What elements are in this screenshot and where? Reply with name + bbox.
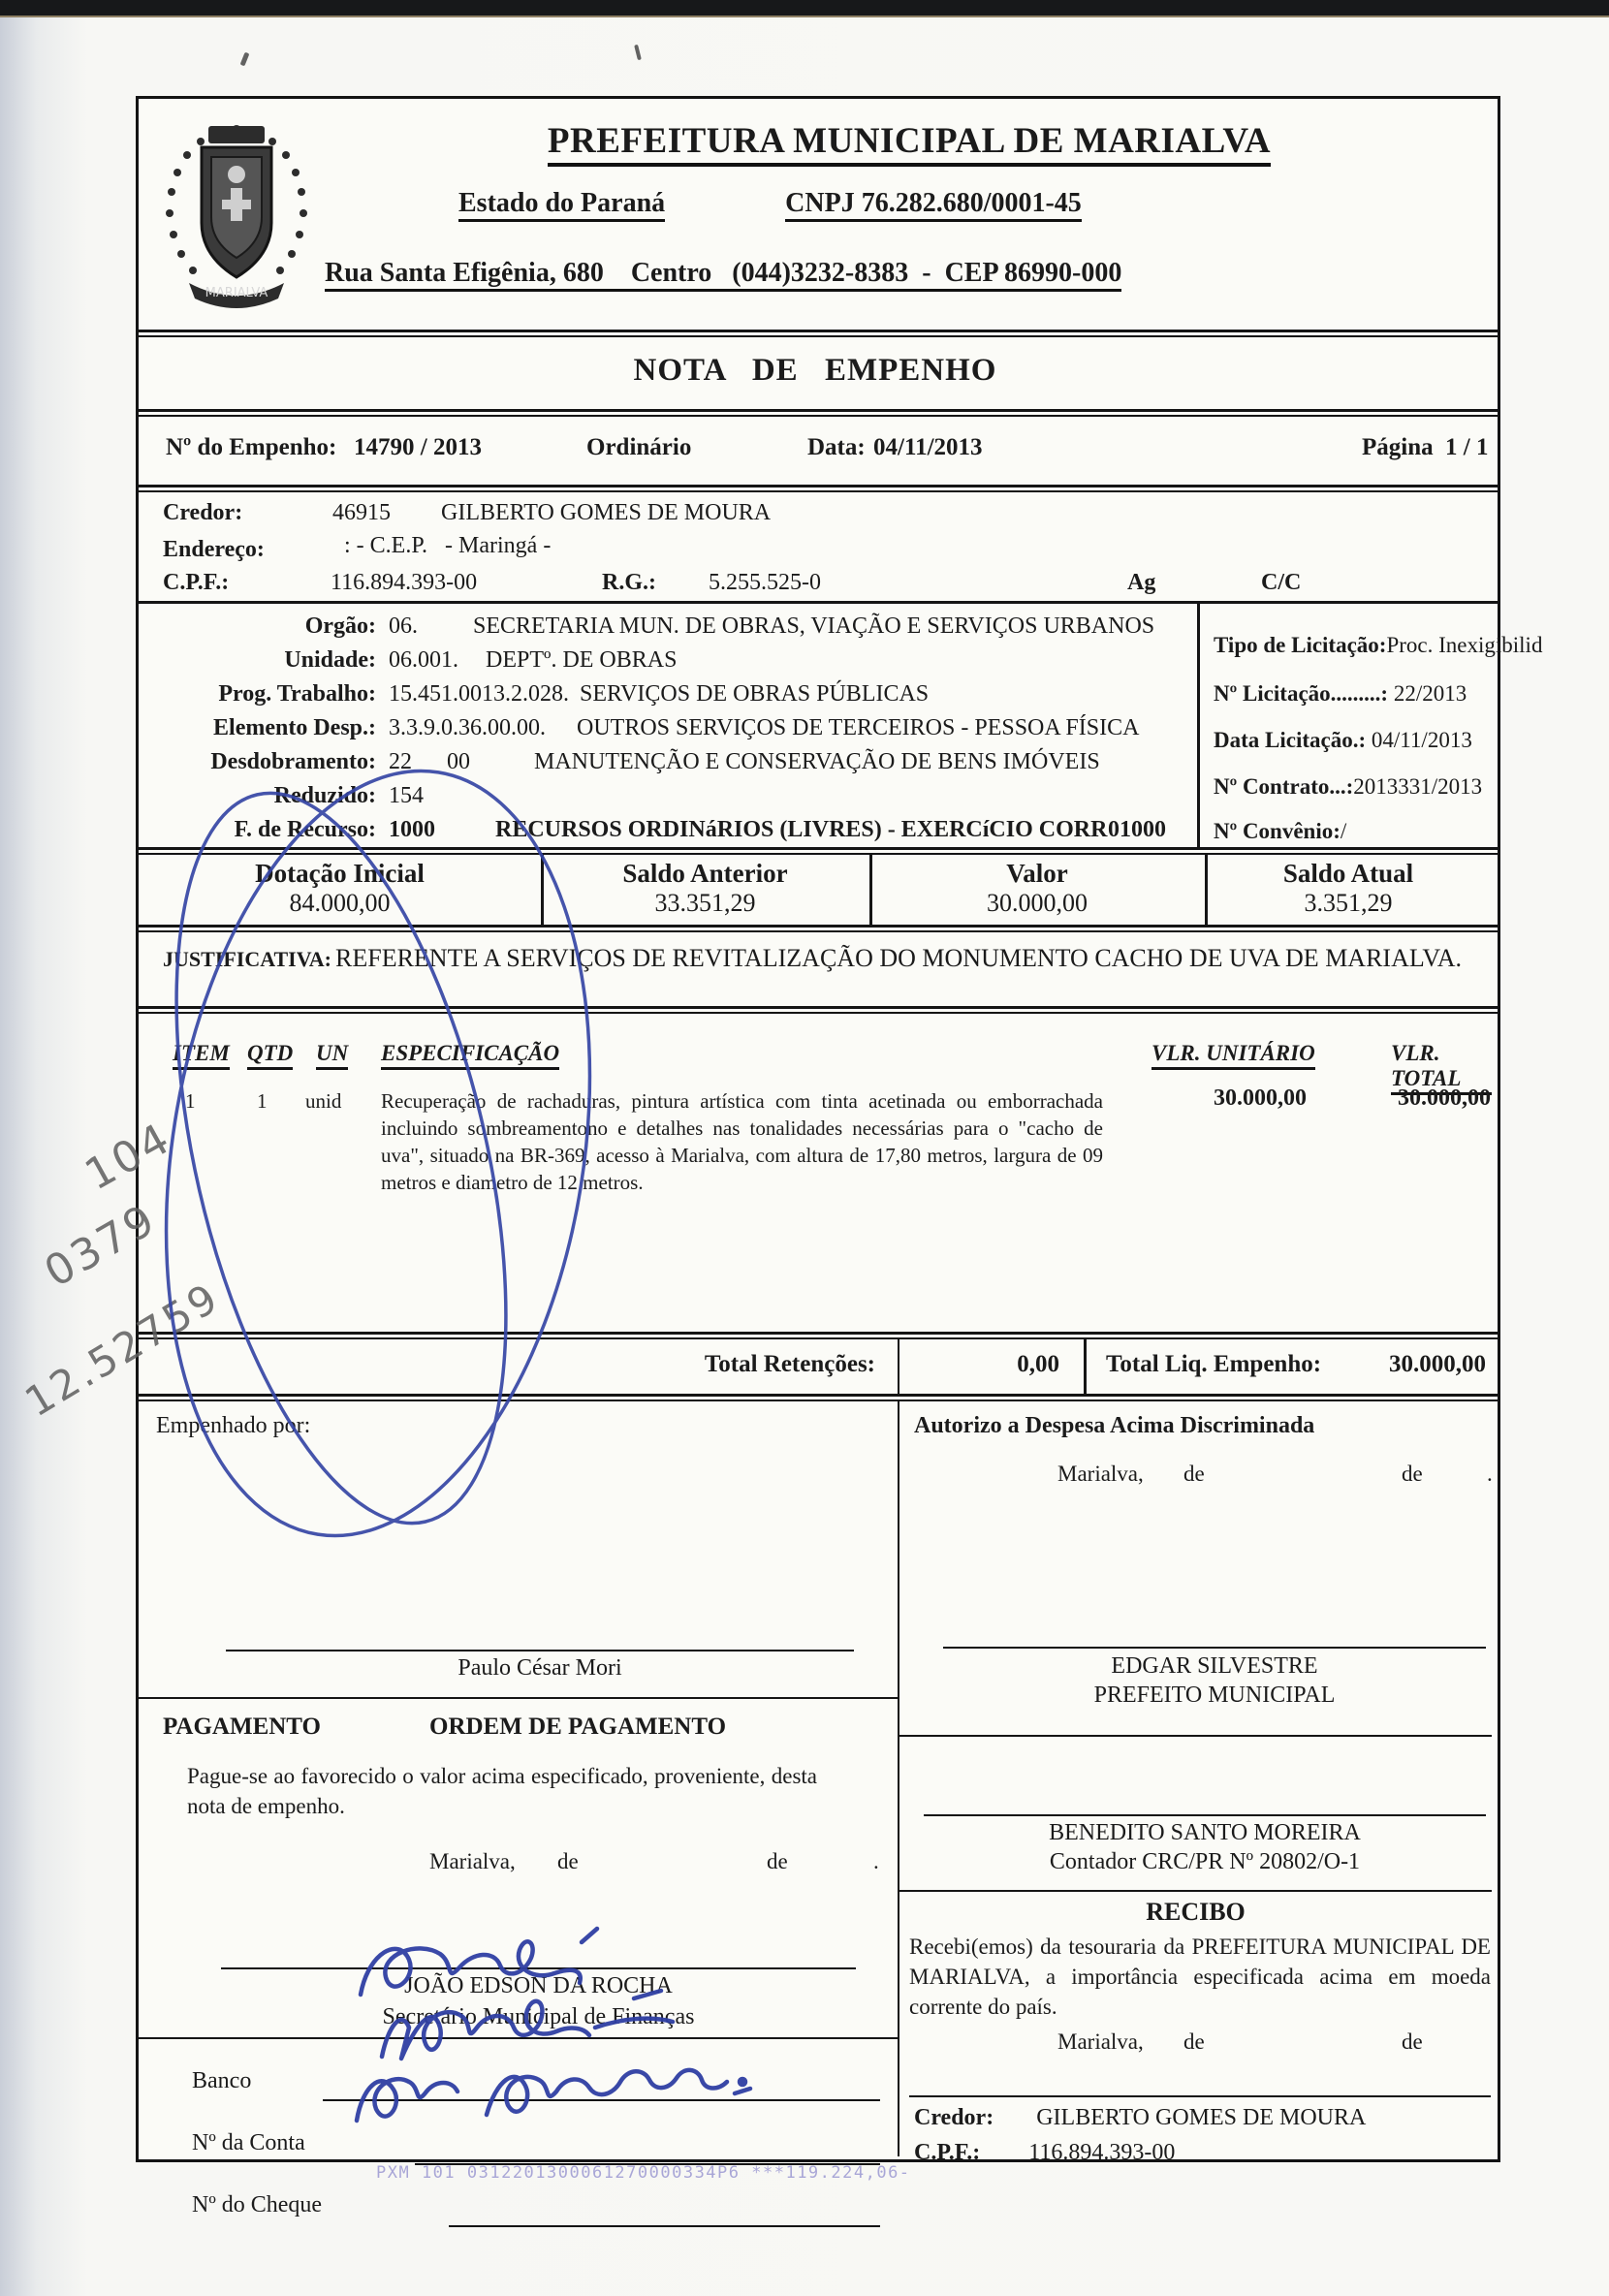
justificativa-text: REFERENTE A SERVIÇOS DE REVITALIZAÇÃO DO…: [335, 944, 1462, 972]
reduzido-label: Reduzido:: [139, 783, 376, 809]
reduzido-code: 154: [389, 783, 424, 809]
agencia-label: Ag: [1127, 570, 1155, 596]
fonte-recurso-label: F. de Recurso:: [139, 817, 376, 843]
elemento-label: Elemento Desp.:: [139, 715, 376, 741]
dotacao-inicial-value: 84.000,00: [139, 889, 541, 918]
scan-speck: [634, 45, 642, 60]
justificativa-block: JUSTIFICATIVA: REFERENTE A SERVIÇOS DE R…: [163, 940, 1467, 977]
convenio-value: /: [1341, 819, 1346, 843]
recibo-cpf-row: C.P.F.: 116.894.393-00: [914, 2140, 1175, 2166]
col-header-especificacao: ESPECIFICAÇÃO: [381, 1041, 559, 1070]
prog-trabalho-label: Prog. Trabalho:: [139, 681, 376, 708]
period-mark: .: [1487, 1462, 1493, 1487]
orgao-desc: SECRETARIA MUN. DE OBRAS, VIAÇÃO E SERVI…: [473, 613, 1154, 640]
header-state-line: Estado do Paraná CNPJ 76.282.680/0001-45: [458, 188, 1486, 219]
justificativa-label: JUSTIFICATIVA:: [163, 947, 331, 971]
divider: [139, 1394, 1498, 1401]
item-total-value: 30.000,00: [1374, 1085, 1491, 1112]
total-liq-value: 30.000,00: [1350, 1351, 1486, 1378]
autorizo-label: Autorizo a Despesa Acima Discriminada: [914, 1413, 1314, 1439]
total-retencoes-label: Total Retenções:: [526, 1351, 875, 1378]
secretario-title: Secretário Municipal de Finanças: [221, 2004, 856, 2030]
recibo-credor-value: GILBERTO GOMES DE MOURA: [1036, 2105, 1366, 2130]
empenho-number-label: Nº do Empenho:: [166, 434, 336, 461]
orgao-label: Orgão:: [139, 613, 376, 640]
fonte-recurso-desc: RECURSOS ORDINáRIOS (LIVRES) - EXERCíCIO…: [495, 817, 1107, 843]
banco-label: Banco: [192, 2068, 251, 2094]
conta-corrente-label: C/C: [1261, 570, 1301, 596]
elemento-desc: OUTROS SERVIÇOS DE TERCEIROS - PESSOA FÍ…: [577, 715, 1139, 741]
orgao-code: 06.: [389, 613, 418, 640]
items-table: ITEM QTD UN ESPECIFICAÇÃO VLR. UNITÁRIO …: [139, 1014, 1492, 1332]
tipo-licitacao-value: Proc. Inexigibilid: [1386, 633, 1542, 657]
data-licitacao-value: 04/11/2013: [1372, 728, 1472, 752]
item-number: 1: [185, 1089, 196, 1114]
dotacao-inicial-cell: Dotação Inicial 84.000,00: [139, 859, 541, 918]
col-header-vlr-unitario: VLR. UNITÁRIO: [1152, 1041, 1315, 1070]
sub-divider: [899, 1890, 1492, 1892]
cell-divider: [898, 1339, 899, 1394]
state-label: Estado do Paraná: [458, 188, 665, 222]
prog-trabalho-desc: SERVIÇOS DE OBRAS PÚBLICAS: [580, 681, 929, 708]
de-label: de: [1402, 2029, 1423, 2055]
contador-name: BENEDITO SANTO MOREIRA: [924, 1820, 1486, 1846]
header-title-wrap: PREFEITURA MUNICIPAL DE MARIALVA: [342, 120, 1476, 162]
recibo-credor-row: Credor: GILBERTO GOMES DE MOURA: [914, 2105, 1366, 2131]
signature-line: [924, 1814, 1486, 1816]
de-label: de: [767, 1849, 788, 1874]
creditor-block: Credor: 46915 GILBERTO GOMES DE MOURA En…: [139, 492, 1492, 601]
nota-de-empenho-document: MARIALVA PREFEITURA MUNICIPAL DE MARIALV…: [136, 96, 1500, 2162]
document-header: MARIALVA PREFEITURA MUNICIPAL DE MARIALV…: [139, 99, 1492, 330]
signature-line: [221, 1967, 856, 1969]
divider: [139, 330, 1498, 337]
col-header-qtd: QTD: [247, 1041, 293, 1070]
svg-text:MARIALVA: MARIALVA: [205, 286, 268, 300]
cpf-label: C.P.F.:: [163, 570, 229, 596]
page-value: 1 / 1: [1445, 434, 1488, 461]
cheque-fill-line: [449, 2225, 880, 2227]
address-label: Rua Santa Efigênia, 680 Centro (044)3232…: [325, 258, 1121, 292]
item-qty: 1: [257, 1089, 268, 1114]
col-header-un: UN: [316, 1041, 348, 1070]
city-label: Marialva,: [1057, 1462, 1144, 1487]
total-retencoes-value: 0,00: [933, 1351, 1059, 1378]
data-licitacao-label: Data Licitação.:: [1214, 728, 1366, 752]
budget-classification-block: Orgão: 06. SECRETARIA MUN. DE OBRAS, VIA…: [139, 604, 1492, 847]
prefeito-name: EDGAR SILVESTRE: [943, 1653, 1486, 1680]
divider: [139, 847, 1498, 855]
total-liq-label: Total Liq. Empenho:: [1106, 1351, 1321, 1378]
recibo-title: RECIBO: [899, 1898, 1492, 1927]
contrato-value: 2013331/2013: [1353, 774, 1482, 799]
entity-title: PREFEITURA MUNICIPAL DE MARIALVA: [548, 121, 1271, 167]
recibo-cpf-value: 116.894.393-00: [1028, 2140, 1175, 2165]
tipo-licitacao-label: Tipo de Licitação:: [1214, 633, 1386, 657]
recibo-credor-label: Credor:: [914, 2105, 994, 2130]
convenio-row: Nº Convênio:/: [1214, 819, 1346, 844]
signature-line: [943, 1647, 1486, 1649]
de-label: de: [1183, 2029, 1205, 2055]
unidade-code: 06.001.: [389, 647, 458, 674]
period-mark: .: [873, 1849, 879, 1874]
signature-line: [909, 2095, 1491, 2097]
elemento-code: 3.3.9.0.36.00.00.: [389, 715, 546, 741]
item-unit: unid: [305, 1089, 341, 1114]
creditor-code: 46915: [332, 500, 391, 526]
column-divider: [898, 1401, 899, 2156]
prog-trabalho-code: 15.451.0013.2.028.: [389, 681, 569, 708]
sub-divider: [139, 2037, 898, 2039]
rg-value: 5.255.525-0: [709, 570, 821, 596]
header-address-line: Rua Santa Efigênia, 680 Centro (044)3232…: [325, 258, 1478, 289]
fonte-recurso-code: 1000: [389, 817, 435, 843]
contrato-row: Nº Contrato...:2013331/2013: [1214, 774, 1482, 800]
creditor-name: GILBERTO GOMES DE MOURA: [441, 500, 771, 526]
empenhado-por-label: Empenhado por:: [156, 1413, 310, 1439]
dotacao-inicial-label: Dotação Inicial: [139, 859, 541, 889]
page-label: Página: [1362, 434, 1434, 461]
sub-divider: [139, 1697, 898, 1699]
num-licitacao-value: 22/2013: [1394, 681, 1467, 706]
de-label: de: [1402, 1462, 1423, 1487]
secretario-name: JOÃO EDSON DA ROCHA: [221, 1973, 856, 1999]
unidade-desc: DEPTº. DE OBRAS: [486, 647, 677, 674]
valor-value: 30.000,00: [869, 889, 1205, 918]
rg-label: R.G.:: [602, 570, 656, 596]
fonte-recurso-extra-code: 01000: [1108, 817, 1166, 843]
conta-label: Nº da Conta: [192, 2130, 305, 2156]
signatures-area: Empenhado por: Paulo César Mori PAGAMENT…: [139, 1401, 1492, 2156]
item-unit-value: 30.000,00: [1190, 1085, 1307, 1112]
divider: [139, 1006, 1498, 1014]
num-licitacao-row: Nº Licitação.........: 22/2013: [1214, 681, 1467, 707]
cell-divider: [1084, 1339, 1087, 1394]
item-description: Recuperação de rachaduras, pintura artís…: [381, 1087, 1103, 1197]
tipo-licitacao-row: Tipo de Licitação:Proc. Inexigibilid: [1214, 633, 1542, 658]
cpf-value: 116.894.393-00: [331, 570, 477, 596]
city-label: Marialva,: [1057, 2029, 1144, 2055]
ordem-pagamento-label: ORDEM DE PAGAMENTO: [429, 1714, 726, 1741]
divider: [139, 409, 1498, 417]
de-label: de: [1183, 1462, 1205, 1487]
desdobramento-desc: MANUTENÇÃO E CONSERVAÇÃO DE BENS IMÓVEIS: [534, 749, 1100, 775]
signature-line: [226, 1650, 854, 1651]
city-label: Marialva,: [429, 1849, 516, 1874]
address-field-value: : - C.E.P. - Maringá -: [344, 533, 551, 559]
address-field-label: Endereço:: [163, 537, 265, 563]
saldo-anterior-value: 33.351,29: [541, 889, 869, 918]
totals-row: Total Retenções: 0,00 Total Liq. Empenho…: [139, 1339, 1492, 1394]
creditor-label: Credor:: [163, 500, 242, 526]
cheque-label: Nº do Cheque: [192, 2192, 322, 2218]
contador-title: Contador CRC/PR Nº 20802/O-1: [924, 1849, 1486, 1875]
empenho-date-value: 04/11/2013: [873, 434, 983, 461]
data-licitacao-row: Data Licitação.: 04/11/2013: [1214, 728, 1472, 753]
recibo-text: Recebi(emos) da tesouraria da PREFEITURA…: [909, 1933, 1491, 2022]
saldo-atual-label: Saldo Atual: [1205, 859, 1492, 889]
num-licitacao-label: Nº Licitação.........:: [1214, 681, 1388, 706]
sub-divider: [899, 1735, 1492, 1737]
saldo-anterior-cell: Saldo Anterior 33.351,29: [541, 859, 869, 918]
empenho-type-value: Ordinário: [586, 434, 691, 461]
unidade-label: Unidade:: [139, 647, 376, 674]
municipal-crest-logo: MARIALVA: [150, 112, 323, 318]
saldo-anterior-label: Saldo Anterior: [541, 859, 869, 889]
pagamento-label: PAGAMENTO: [163, 1714, 321, 1741]
divider: [139, 925, 1498, 932]
empenho-number-row: Nº do Empenho: 14790 / 2013 Ordinário Da…: [139, 434, 1492, 479]
saldo-atual-cell: Saldo Atual 3.351,29: [1205, 859, 1492, 918]
scan-speck: [240, 52, 250, 67]
recibo-cpf-label: C.P.F.:: [914, 2140, 980, 2165]
dot-matrix-validation-print: PXM 101 0312201300061270000334P6 ***119.…: [376, 2163, 911, 2183]
de-label: de: [557, 1849, 579, 1874]
licitacao-box: Tipo de Licitação:Proc. Inexigibilid Nº …: [1197, 604, 1495, 847]
desdobramento-label: Desdobramento:: [139, 749, 376, 775]
scan-top-edge: [0, 0, 1609, 17]
valor-label: Valor: [869, 859, 1205, 889]
scanned-document-page: MARIALVA PREFEITURA MUNICIPAL DE MARIALV…: [0, 0, 1609, 2296]
convenio-label: Nº Convênio:: [1214, 819, 1341, 843]
empenho-number-value: 14790 / 2013: [354, 434, 482, 461]
divider: [139, 485, 1498, 492]
divider: [139, 1332, 1498, 1339]
banco-fill-line: [323, 2099, 880, 2101]
pague-se-text: Pague-se ao favorecido o valor acima esp…: [187, 1762, 817, 1822]
cnpj-label: CNPJ 76.282.680/0001-45: [785, 188, 1082, 222]
saldo-atual-value: 3.351,29: [1205, 889, 1492, 918]
desdobramento-code: 22 00: [389, 749, 470, 775]
empenho-date-label: Data:: [807, 434, 866, 461]
document-title-band: NOTA DE EMPENHO: [139, 353, 1492, 389]
prefeito-title: PREFEITO MUNICIPAL: [943, 1683, 1486, 1709]
document-title: NOTA DE EMPENHO: [634, 353, 997, 388]
col-header-item: ITEM: [173, 1041, 230, 1070]
valor-cell: Valor 30.000,00: [869, 859, 1205, 918]
contrato-label: Nº Contrato...:: [1214, 774, 1353, 799]
dotacao-row: Dotação Inicial 84.000,00 Saldo Anterior…: [139, 855, 1492, 925]
empenhado-signer-name: Paulo César Mori: [226, 1655, 854, 1682]
